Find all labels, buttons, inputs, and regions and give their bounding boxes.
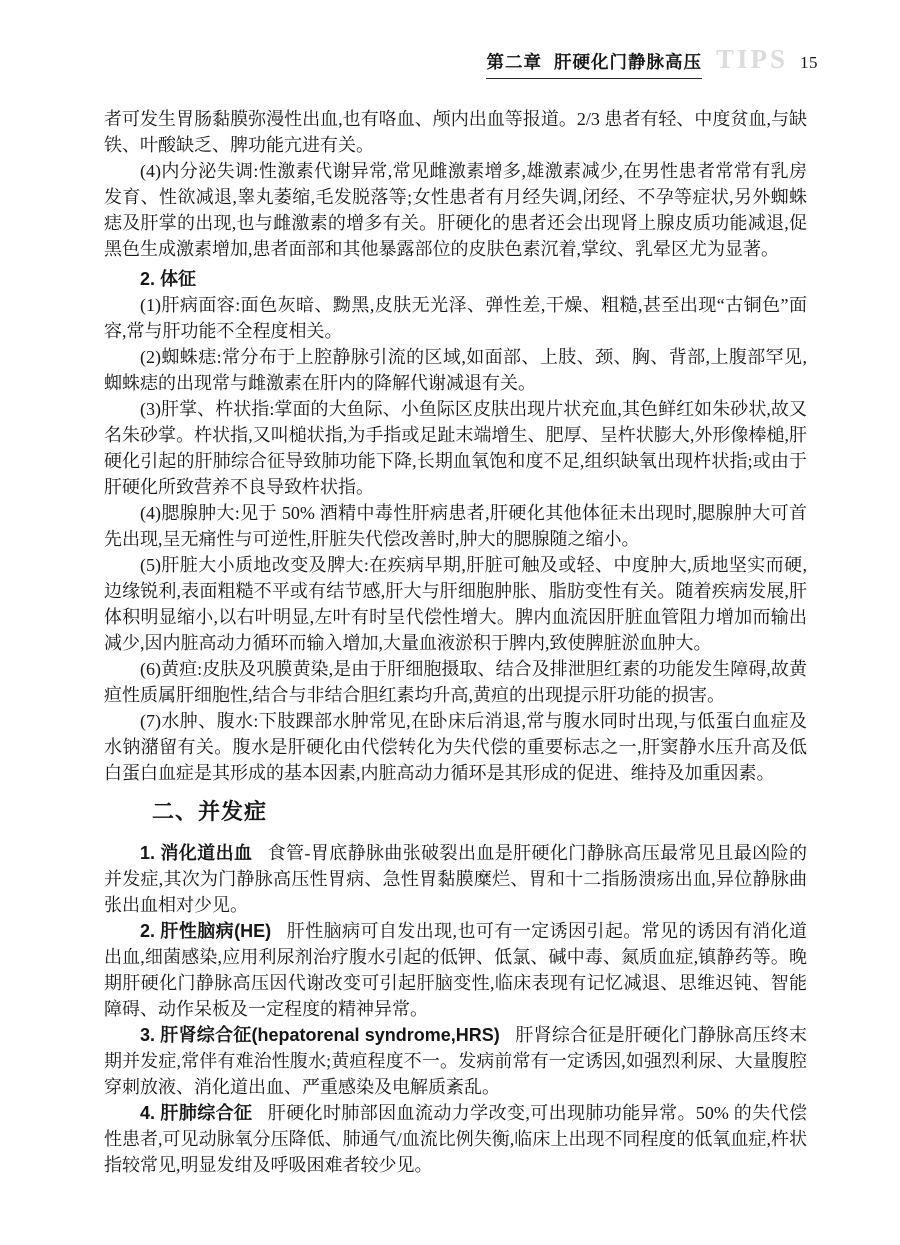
complication-label-2: 2. 肝性脑病(HE) <box>140 921 271 941</box>
sign-item-1: (1)肝病面容:面色灰暗、黝黑,皮肤无光泽、弹性差,干燥、粗糙,甚至出现“古铜色… <box>104 292 807 344</box>
sign-item-4: (4)腮腺肿大:见于 50% 酒精中毒性肝病患者,肝硬化其他体征未出现时,腮腺肿… <box>104 500 807 552</box>
page-body-text: 者可发生胃肠黏膜弥漫性出血,也有咯血、颅内出血等报道。2/3 患者有轻、中度贫血… <box>104 106 807 1178</box>
page-number: 15 <box>800 53 818 73</box>
sign-item-6: (6)黄疸:皮肤及巩膜黄染,是由于肝细胞摄取、结合及排泄胆红素的功能发生障碍,故… <box>104 656 807 708</box>
complication-item-1: 1. 消化道出血食管-胃底静脉曲张破裂出血是肝硬化门静脉高压最常见且最凶险的并发… <box>104 840 807 918</box>
heading-complications: 二、并发症 <box>104 797 807 827</box>
chapter-name: 肝硬化门静脉高压 <box>554 52 702 72</box>
sign-item-7: (7)水肿、腹水:下肢踝部水肿常见,在卧床后消退,常与腹水同时出现,与低蛋白血症… <box>104 708 807 786</box>
complication-item-3: 3. 肝肾综合征(hepatorenal syndrome,HRS)肝肾综合征是… <box>104 1022 807 1100</box>
complication-item-2: 2. 肝性脑病(HE)肝性脑病可自发出现,也可有一定诱因引起。常见的诱因有消化道… <box>104 918 807 1022</box>
chapter-title: 第二章肝硬化门静脉高压 <box>486 49 702 79</box>
complication-label-4: 4. 肝肺综合征 <box>140 1103 252 1123</box>
complication-item-4: 4. 肝肺综合征肝硬化时肺部因血流动力学改变,可出现肺功能异常。50% 的失代偿… <box>104 1100 807 1178</box>
sign-item-5: (5)肝脏大小质地改变及脾大:在疾病早期,肝脏可触及或轻、中度肿大,质地坚实而硬… <box>104 552 807 656</box>
complication-label-1: 1. 消化道出血 <box>140 843 252 863</box>
tips-watermark: TIPS <box>716 44 788 75</box>
sign-item-2: (2)蜘蛛痣:常分布于上腔静脉引流的区域,如面部、上肢、颈、胸、背部,上腹部罕见… <box>104 344 807 396</box>
complication-label-3: 3. 肝肾综合征(hepatorenal syndrome,HRS) <box>140 1025 500 1045</box>
paragraph-endocrine: (4)内分泌失调:性激素代谢异常,常见雌激素增多,雄激素减少,在男性患者常常有乳… <box>104 158 807 262</box>
chapter-label: 第二章 <box>486 52 542 72</box>
running-header: 第二章肝硬化门静脉高压 TIPS 15 <box>486 44 818 79</box>
heading-signs: 2. 体征 <box>104 266 807 292</box>
paragraph-continuation: 者可发生胃肠黏膜弥漫性出血,也有咯血、颅内出血等报道。2/3 患者有轻、中度贫血… <box>104 106 807 158</box>
book-page: 第二章肝硬化门静脉高压 TIPS 15 者可发生胃肠黏膜弥漫性出血,也有咯血、颅… <box>0 0 900 1245</box>
sign-item-3: (3)肝掌、杵状指:掌面的大鱼际、小鱼际区皮肤出现片状充血,其色鲜红如朱砂状,故… <box>104 396 807 500</box>
